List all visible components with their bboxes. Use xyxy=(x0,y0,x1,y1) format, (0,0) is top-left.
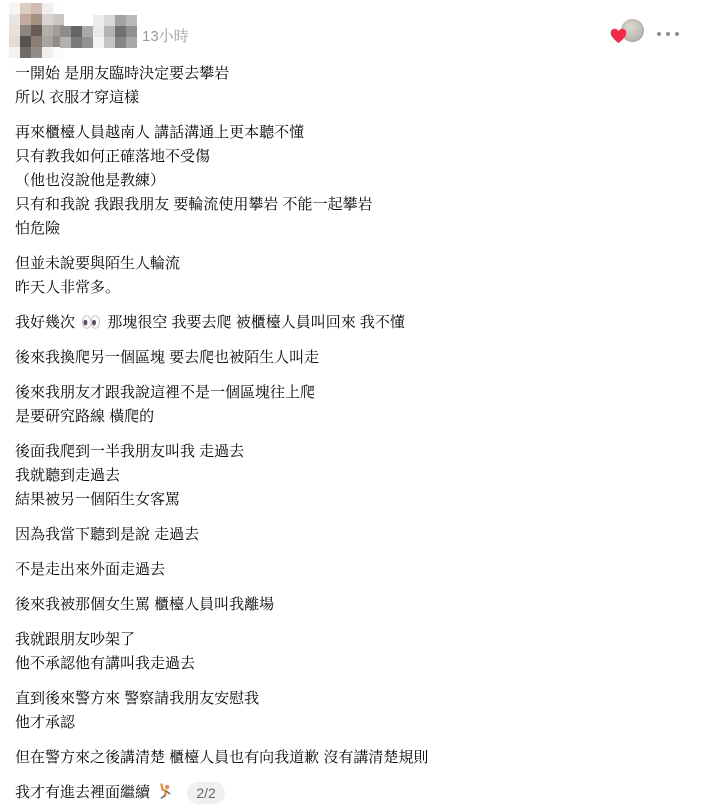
ellipsis-dot-icon xyxy=(675,32,679,36)
ellipsis-dot-icon xyxy=(657,32,661,36)
eyes-emoji xyxy=(82,315,100,329)
page-indicator-badge: 2/2 xyxy=(187,782,224,804)
post-paragraph: 但在警方來之後講清楚 櫃檯人員也有向我道歉 沒有講清楚規則 xyxy=(15,746,682,770)
censored-avatar[interactable] xyxy=(9,3,64,58)
post-paragraph: 後面我爬到一半我朋友叫我 走過去我就聽到走過去結果被另一個陌生女客罵 xyxy=(15,440,682,512)
post-paragraph: 後來我被那個女生罵 櫃檯人員叫我離場 xyxy=(15,593,682,617)
more-options-button[interactable] xyxy=(653,28,683,40)
post-paragraph: 後來我換爬另一個區塊 要去爬也被陌生人叫走 xyxy=(15,346,682,370)
post-paragraph: 不是走出來外面走過去 xyxy=(15,558,682,582)
post-paragraph: 再來櫃檯人員越南人 講話溝通上更本聽不懂只有教我如何正確落地不受傷（他也沒說他是… xyxy=(15,121,682,241)
ellipsis-dot-icon xyxy=(666,32,670,36)
post-paragraph: 我好幾次 那塊很空 我要去爬 被櫃檯人員叫回來 我不懂 xyxy=(15,311,682,335)
post-paragraph: 一開始 是朋友臨時決定要去攀岩所以 衣服才穿這樣 xyxy=(15,62,682,110)
post-paragraph: 但並未說要與陌生人輪流昨天人非常多。 xyxy=(15,252,682,300)
post-paragraph: 因為我當下聽到是說 走過去 xyxy=(15,523,682,547)
post-content: 一開始 是朋友臨時決定要去攀岩所以 衣服才穿這樣再來櫃檯人員越南人 講話溝通上更… xyxy=(0,58,702,805)
post-header: 13小時 xyxy=(0,0,702,58)
climbing-emoji xyxy=(157,783,172,799)
post-paragraph: 我才有進去裡面繼續 2/2 xyxy=(15,781,682,805)
heart-reaction-icon xyxy=(610,28,627,44)
post-paragraph: 直到後來警方來 警察請我朋友安慰我他才承認 xyxy=(15,687,682,735)
censored-username[interactable] xyxy=(60,15,137,48)
post-paragraph: 我就跟朋友吵架了他不承認他有講叫我走過去 xyxy=(15,628,682,676)
reaction-badge[interactable] xyxy=(610,19,644,46)
post: 13小時 一開始 是朋友臨時決定要去攀岩所以 衣服才穿這樣再來櫃檯人員越南人 講… xyxy=(0,0,702,805)
post-paragraph: 後來我朋友才跟我說這裡不是一個區塊往上爬是要研究路線 橫爬的 xyxy=(15,381,682,429)
timestamp[interactable]: 13小時 xyxy=(142,25,189,46)
